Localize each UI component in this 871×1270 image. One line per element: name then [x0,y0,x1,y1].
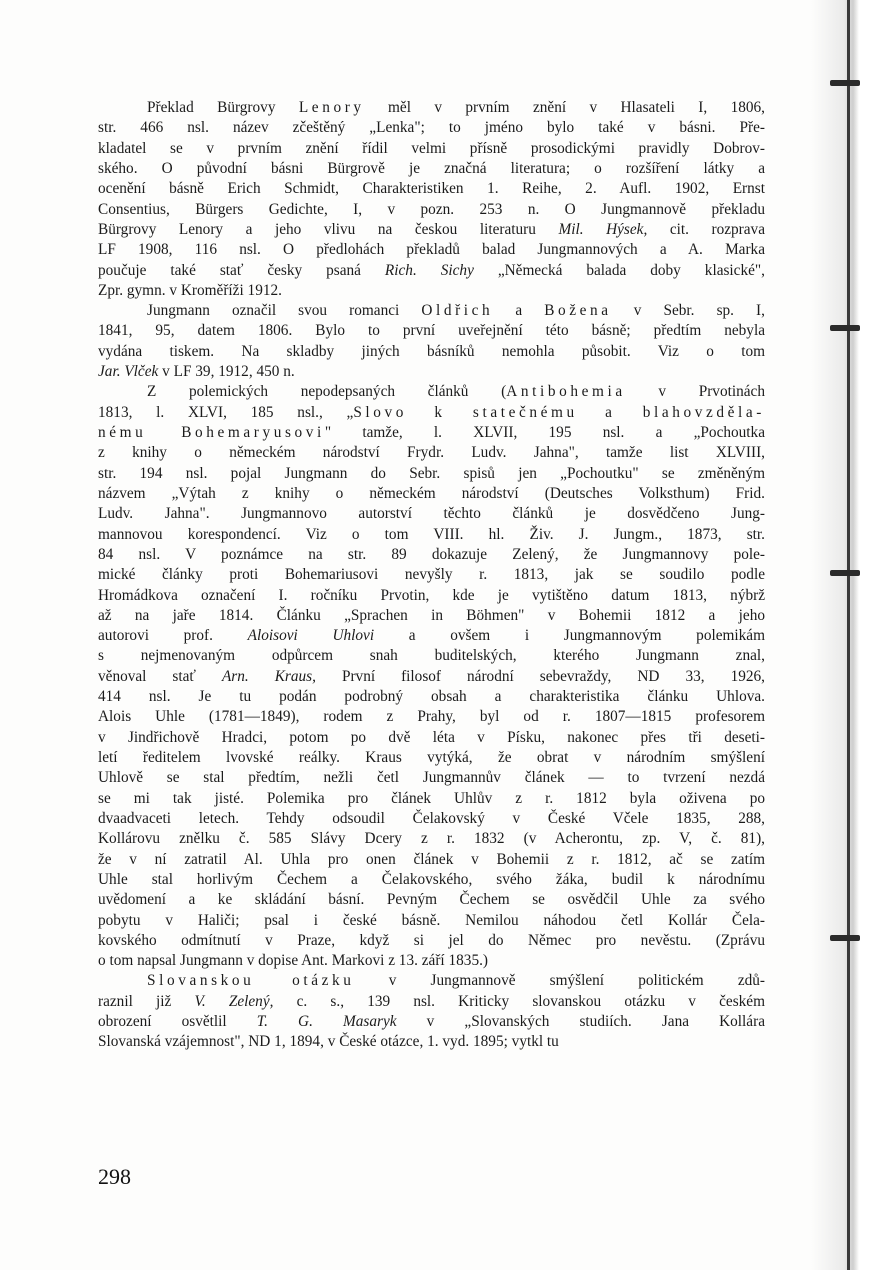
text-line: Consentius, Bürgers Gedichte, I, v pozn.… [98,200,765,220]
text-line: mické články proti Bohemariusovi nevyšly… [98,565,765,585]
text-line: v Jindřichově Hradci, potom po dvě léta … [98,728,765,748]
text-line: Zpr. gymn. v Kroměříži 1912. [98,281,765,301]
italic-name: V. Zelený, [194,993,273,1010]
text-line: Uhlově se stal předtím, nežli četl Jungm… [98,768,765,788]
text-line: o tom napsal Jungmann v dopise Ant. Mark… [98,951,765,971]
text-line: uvědomení a ke skládání básní. Pevným Če… [98,890,765,910]
text-line: 414 nsl. Je tu podán podrobný obsah a ch… [98,687,765,707]
text-line: letí ředitelem lvovské reálky. Kraus vyt… [98,748,765,768]
text-line: s nejmenovaným odpůrcem snah buditelskýc… [98,646,765,666]
text-line: Ludv. Jahna". Jungmannovo autorství těch… [98,504,765,524]
italic-name: Mil. Hýsek, [558,221,647,238]
text-line: z knihy o německém národství Frydr. Ludv… [98,443,765,463]
text-line: poučuje také stať česky psaná Rich. Sich… [98,261,765,281]
text-line: kovského odmítnutí v Praze, když si jel … [98,931,765,951]
scanned-book-page: Překlad Bürgrovy Lenory měl v prvním zně… [0,0,871,1270]
text-line: ského. O původní básni Bürgrově je značn… [98,159,765,179]
binding-clip [830,570,860,576]
binding-edge [847,0,850,1270]
text-line: ocenění básně Erich Schmidt, Charakteris… [98,179,765,199]
binding-clip [830,935,860,941]
spaced-emphasis: Božena [544,302,611,319]
text-line: Hromádkova označení I. ročníku Prvotin, … [98,586,765,606]
paragraph: Z polemických nepodepsaných článků (Anti… [98,382,765,971]
text-line: Alois Uhle (1781—1849), rodem z Prahy, b… [98,707,765,727]
text-line: Bürgrovy Lenory a jeho vlivu na českou l… [98,220,765,240]
paragraph: Jungmann označil svou romanci Oldřich a … [98,301,765,382]
text-line: 1813, l. XLVI, 185 nsl., „Slovo k stateč… [98,403,765,423]
text-line: věnoval stať Arn. Kraus, První filosof n… [98,667,765,687]
italic-name: Jar. Vlček [98,363,158,380]
page-number: 298 [98,1164,131,1190]
paragraph: Slovanskou otázku v Jungmannově smýšlení… [98,971,765,1052]
text-line: raznil již V. Zelený, c. s., 139 nsl. Kr… [98,992,765,1012]
spaced-emphasis: Antibohemia [506,383,625,400]
italic-name: Aloisovi Uhlovi [248,627,374,644]
text-line: Uhle stal horlivým Čechem a Čelakovského… [98,870,765,890]
text-line: kladatel se v prvním znění řídil velmi p… [98,139,765,159]
text-line: 1841, 95, datem 1806. Bylo to první uveř… [98,321,765,341]
text-line: názvem „Výtah z knihy o německém národst… [98,484,765,504]
text-line: se mi tak jisté. Polemika pro článek Uhl… [98,789,765,809]
text-line: Slovanskou otázku v Jungmannově smýšlení… [98,971,765,991]
spaced-emphasis: Slovo k statečnému a blahovzděla- [353,404,765,421]
text-line: autorovi prof. Aloisovi Uhlovi a ovšem i… [98,626,765,646]
text-line: Kollárovu znělku č. 585 Slávy Dcery z r.… [98,829,765,849]
spaced-emphasis: nému Bohemaryusovi [98,424,325,441]
italic-name: T. G. Masaryk [257,1013,397,1030]
spaced-emphasis: Oldřich [421,302,493,319]
text-line: dvaadvaceti letech. Tehdy odsoudil Čelak… [98,809,765,829]
binding-clip [830,325,860,331]
italic-name: Arn. Kraus, [222,668,316,685]
text-line: Slovanská vzájemnost", ND 1, 1894, v Čes… [98,1032,765,1052]
text-line: až na jaře 1814. Článku „Sprachen in Böh… [98,606,765,626]
text-line: Překlad Bürgrovy Lenory měl v prvním zně… [98,98,765,118]
text-line: Z polemických nepodepsaných článků (Anti… [98,382,765,402]
text-line: pobytu v Haliči; psal i české básně. Nem… [98,911,765,931]
text-line: vydána tiskem. Na skladby jiných básníků… [98,342,765,362]
text-line: str. 194 nsl. pojal Jungmann do Sebr. sp… [98,464,765,484]
binding-clip [830,80,860,86]
text-line: Jungmann označil svou romanci Oldřich a … [98,301,765,321]
text-line: obrození osvětlil T. G. Masaryk v „Slova… [98,1012,765,1032]
body-text: Překlad Bürgrovy Lenory měl v prvním zně… [98,98,765,1053]
binding-shadow [811,0,871,1270]
text-line: mannovou korespondencí. Viz o tom VIII. … [98,525,765,545]
spaced-emphasis: Lenory [299,99,365,116]
spaced-emphasis: Slovanskou otázku [147,972,355,989]
text-line: Jar. Vlček v LF 39, 1912, 450 n. [98,362,765,382]
text-line: str. 466 nsl. název zčeštěný „Lenka"; to… [98,118,765,138]
text-line: LF 1908, 116 nsl. O předlohách překladů … [98,240,765,260]
text-line: že v ní zatratil Al. Uhla pro onen článe… [98,850,765,870]
italic-name: Rich. Sichy [385,262,474,279]
text-line: nému Bohemaryusovi" tamže, l. XLVII, 195… [98,423,765,443]
text-line: 84 nsl. V poznámce na str. 89 dokazuje Z… [98,545,765,565]
paragraph: Překlad Bürgrovy Lenory měl v prvním zně… [98,98,765,301]
